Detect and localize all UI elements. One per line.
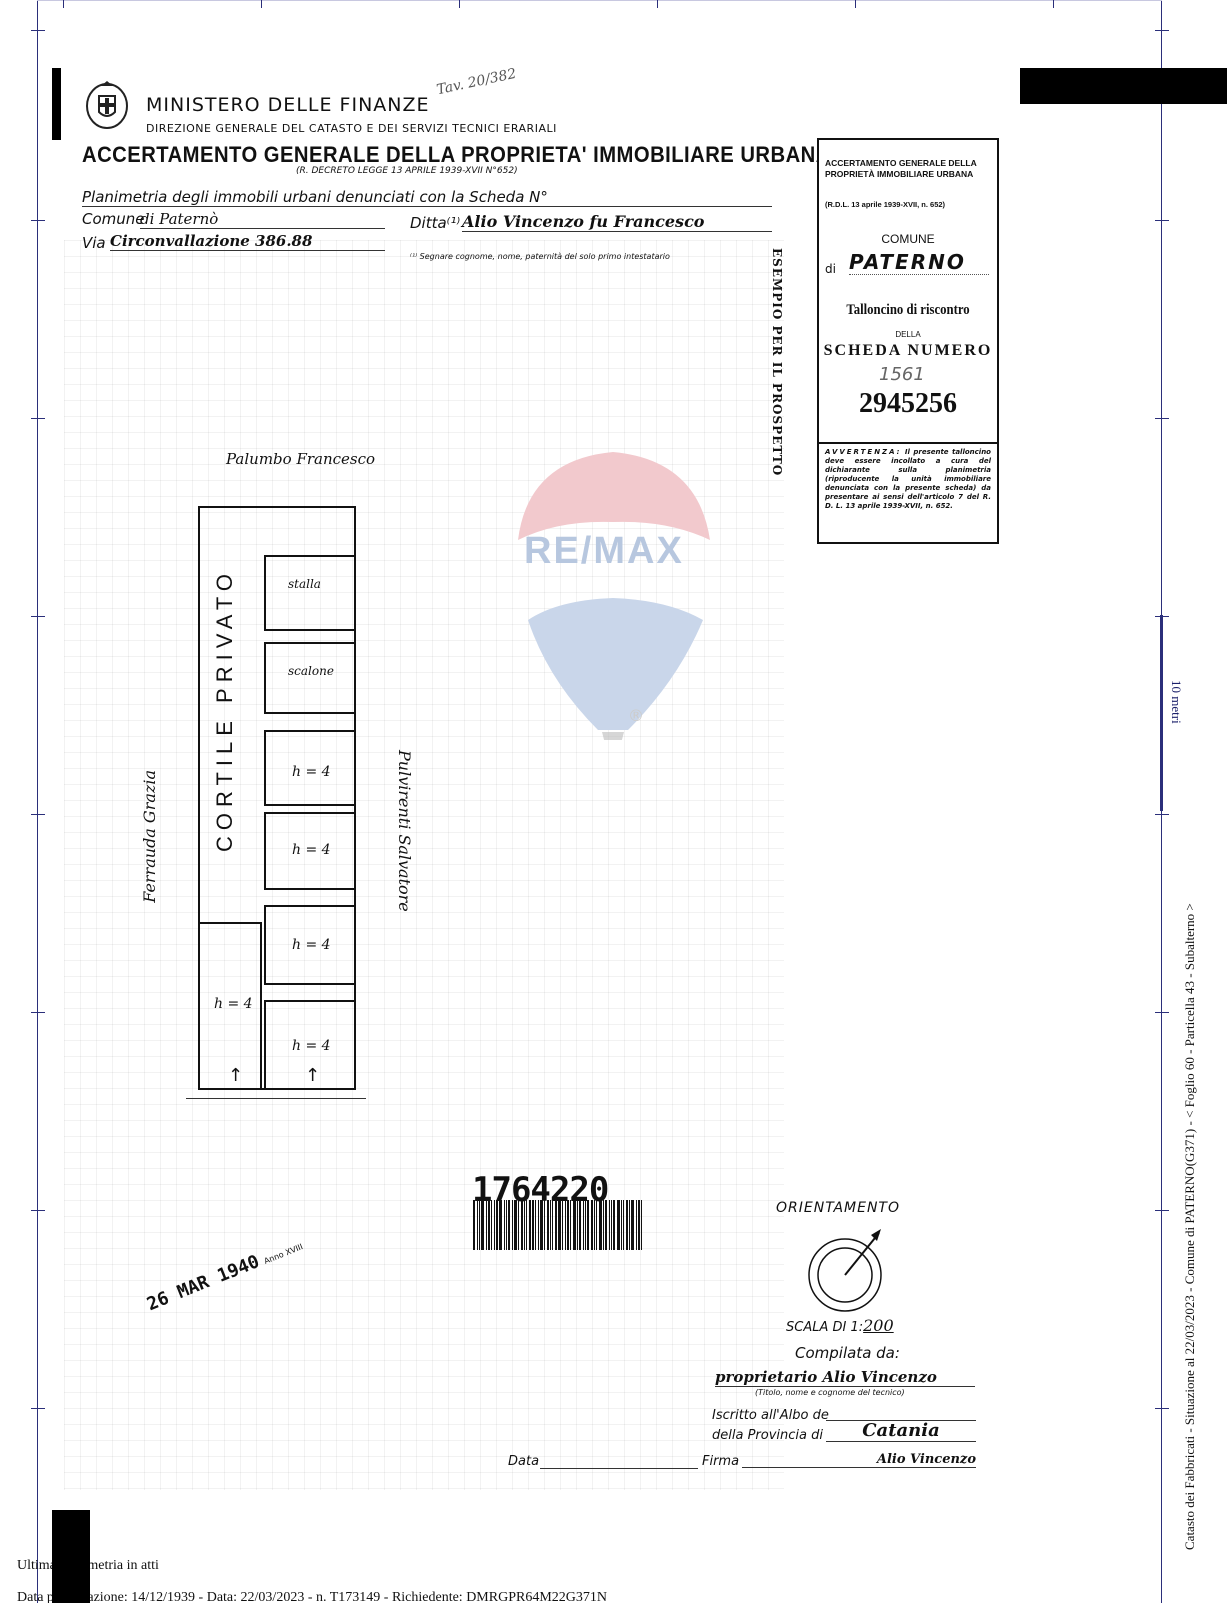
scale-label: SCALA DI 1:200 [786, 1316, 894, 1335]
frame-tick [1155, 814, 1169, 815]
barcode-bar [529, 1200, 531, 1250]
room-label: h = 4 [214, 996, 253, 1012]
frame-tick [31, 1408, 45, 1409]
barcode-bar [486, 1200, 487, 1250]
barcode-bar [521, 1200, 523, 1250]
barcode-bar [547, 1200, 549, 1250]
barcode-bar [605, 1200, 607, 1250]
room-stalla: stalla [264, 555, 356, 631]
ditta-label: Ditta⁽¹⁾ [410, 214, 460, 232]
barcode-bar [591, 1200, 593, 1250]
directorate-line: DIREZIONE GENERALE DEL CATASTO E DEI SER… [146, 122, 557, 135]
room-3: h = 4 [264, 730, 356, 806]
form-footnote: ⁽¹⁾ Segnare cognome, nome, paternità del… [410, 252, 670, 261]
barcode-bar [587, 1200, 589, 1250]
north-neighbor: Palumbo Francesco [226, 450, 375, 468]
data-field [540, 1468, 698, 1469]
frame-tick [1155, 1408, 1169, 1409]
talloncino-di: di [825, 262, 836, 276]
barcode-bar [603, 1200, 604, 1250]
barcode-bar [594, 1200, 595, 1250]
barcode-bar [494, 1200, 495, 1250]
compiled-label: Compilata da: [795, 1344, 900, 1362]
remax-brand-text: RE/MAX [524, 530, 684, 573]
footer-line-2: Data presentazione: 14/12/1939 - Data: 2… [17, 1590, 607, 1603]
room-5: h = 4 [264, 905, 356, 985]
talloncino-scheda-label: SCHEDA NUMERO [819, 342, 997, 360]
room-scalone: scalone [264, 642, 356, 714]
avvertenza-title: AVVERTENZA: [825, 448, 901, 456]
redaction-top-right [1020, 68, 1227, 104]
west-neighbor: Ferrauda Grazia [140, 770, 159, 903]
frame-tick [31, 418, 45, 419]
barcode-bar [479, 1200, 480, 1250]
barcode-bar [499, 1200, 502, 1250]
talloncino-della: DELLA [819, 330, 997, 339]
room-label: stalla [288, 577, 321, 591]
avvertenza-text: Il presente talloncino deve essere incol… [825, 448, 991, 510]
barcode-bar [514, 1200, 517, 1250]
frame-tick [31, 616, 45, 617]
barcode-bar [544, 1200, 545, 1250]
barcode-bar [629, 1200, 630, 1250]
talloncino-avvertenza: AVVERTENZA: Il presente talloncino deve … [825, 448, 991, 511]
frame-tick [31, 220, 45, 221]
decree-line: (R. DECRETO LEGGE 13 APRILE 1939-XVII N°… [296, 166, 518, 176]
barcode-bar [477, 1200, 478, 1250]
barcode-bar [583, 1200, 584, 1250]
barcode-bar [552, 1200, 553, 1250]
frame-tick [1053, 0, 1054, 8]
barcode-bar [512, 1200, 513, 1250]
firma-value: Alio Vincenzo [742, 1452, 976, 1468]
barcode-bar [613, 1200, 615, 1250]
talloncino-rdl: (R.D.L. 13 aprile 1939-XVII, n. 652) [825, 200, 945, 209]
barcode-bar [573, 1200, 576, 1250]
barcode-bar [577, 1200, 578, 1250]
compiled-caption: (Titolo, nome e cognome del tecnico) [755, 1388, 905, 1397]
barcode-bar [585, 1200, 586, 1250]
barcode-bar [526, 1200, 527, 1250]
frame-tick [31, 1210, 45, 1211]
ministry-title: MINISTERO DELLE FINANZE [146, 94, 430, 116]
room-4: h = 4 [264, 812, 356, 890]
orientation-label: ORIENTAMENTO [776, 1200, 900, 1216]
frame-tick [1155, 30, 1169, 31]
barcode-bar [538, 1200, 539, 1250]
redaction-footer [52, 1510, 90, 1603]
barcode-bar [617, 1200, 620, 1250]
scale-bar [1160, 615, 1163, 811]
barcode-bars [473, 1200, 645, 1250]
comune-value: di Paternò [140, 210, 385, 229]
frame-tick [261, 0, 262, 8]
barcode-bar [562, 1200, 563, 1250]
remax-watermark: RE/MAX ® [498, 440, 728, 740]
via-label: Via [82, 234, 106, 252]
barcode-bar [504, 1200, 505, 1250]
ministry-annotation: Tav. 20/382 [435, 66, 518, 98]
plan-street-line [186, 1098, 366, 1099]
vertical-note: ESEMPIO PER IL PROSPETTO [770, 248, 784, 476]
barcode-bar [518, 1200, 519, 1250]
talloncino-title: Talloncino di riscontro [832, 302, 983, 319]
talloncino-comune-value: PATERNO [849, 250, 989, 275]
barcode-bar [496, 1200, 498, 1250]
barcode-bar [596, 1200, 597, 1250]
courtyard-label: CORTILE PRIVATO [212, 540, 238, 880]
data-label: Data [508, 1454, 539, 1469]
barcode-bar [535, 1200, 536, 1250]
frame-tick [31, 1012, 45, 1013]
frame-tick [31, 30, 45, 31]
barcode-bar [555, 1200, 557, 1250]
ditta-value: Alio Vincenzo fu Francesco [462, 212, 772, 232]
talloncino-card: ACCERTAMENTO GENERALE DELLA PROPRIETÀ IM… [817, 138, 999, 544]
barcode-bar [623, 1200, 624, 1250]
barcode-bar [570, 1200, 571, 1250]
barcode-bar [481, 1200, 484, 1250]
barcode-bar [506, 1200, 507, 1250]
barcode-bar [540, 1200, 543, 1250]
room-label: h = 4 [292, 842, 331, 858]
scale-prefix: SCALA DI 1: [786, 1320, 863, 1335]
comune-label: Comune [82, 210, 145, 228]
side-caption: Catasto dei Fabbricati - Situazione al 2… [1182, 690, 1198, 1550]
room-label: h = 4 [292, 764, 331, 780]
entrance-arrow-icon: ↑ [305, 1065, 320, 1086]
barcode-bar [621, 1200, 622, 1250]
room-label: scalone [288, 664, 334, 678]
barcode-bar [611, 1200, 612, 1250]
entrance-arrow-icon: ↑ [228, 1065, 243, 1086]
barcode-bar [532, 1200, 534, 1250]
frame-left-line [37, 0, 38, 1603]
barcode-bar [631, 1200, 634, 1250]
room-label: h = 4 [292, 1038, 331, 1054]
frame-tick [1155, 418, 1169, 419]
remax-registered-mark: ® [628, 706, 644, 725]
scale-value: 200 [863, 1316, 894, 1335]
emblem-icon [84, 78, 130, 130]
frame-top-line [37, 0, 1162, 1]
frame-tick [31, 814, 45, 815]
barcode-bar [558, 1200, 561, 1250]
talloncino-comune-label: COMUNE [819, 232, 997, 246]
barcode-bar [508, 1200, 510, 1250]
compass-icon [805, 1225, 895, 1315]
room-label: h = 4 [292, 937, 331, 953]
barcode-bar [636, 1200, 637, 1250]
east-neighbor: Pulvirenti Salvatore [395, 750, 414, 912]
provincia-value: Catania [826, 1420, 976, 1442]
compiled-value: proprietario Alio Vincenzo [715, 1368, 975, 1387]
barcode-bar [550, 1200, 551, 1250]
frame-tick [1155, 1210, 1169, 1211]
barcode-bar [609, 1200, 610, 1250]
barcode-bar [488, 1200, 490, 1250]
frame-tick [459, 0, 460, 8]
barcode-bar [626, 1200, 628, 1250]
barcode-bar [473, 1200, 475, 1250]
barcode-bar [638, 1200, 640, 1250]
albo-label: Iscritto all'Albo de [712, 1408, 829, 1423]
frame-tick [1155, 1012, 1169, 1013]
frame-tick [657, 0, 658, 8]
barcode-bar [565, 1200, 566, 1250]
barcode-bar [567, 1200, 569, 1250]
redaction-top-left [52, 68, 61, 140]
frame-tick [1155, 220, 1169, 221]
talloncino-scheda-number: 2945256 [819, 388, 997, 420]
firma-label: Firma [702, 1454, 739, 1469]
barcode-bar [641, 1200, 642, 1250]
frame-tick [63, 0, 64, 8]
frame-tick [855, 0, 856, 8]
provincia-label: della Provincia di [712, 1428, 823, 1443]
barcode-bar [524, 1200, 525, 1250]
planimetria-label: Planimetria degli immobili urbani denunc… [82, 188, 772, 207]
barcode-bar [599, 1200, 602, 1250]
via-value: Circonvallazione 386.88 [110, 232, 385, 251]
barcode-bar [579, 1200, 581, 1250]
talloncino-divider [819, 442, 997, 444]
talloncino-header: ACCERTAMENTO GENERALE DELLA PROPRIETÀ IM… [825, 158, 993, 180]
barcode-bar [491, 1200, 492, 1250]
talloncino-handwritten-number: 1561 [879, 364, 925, 385]
document-title: ACCERTAMENTO GENERALE DELLA PROPRIETA' I… [82, 142, 831, 168]
